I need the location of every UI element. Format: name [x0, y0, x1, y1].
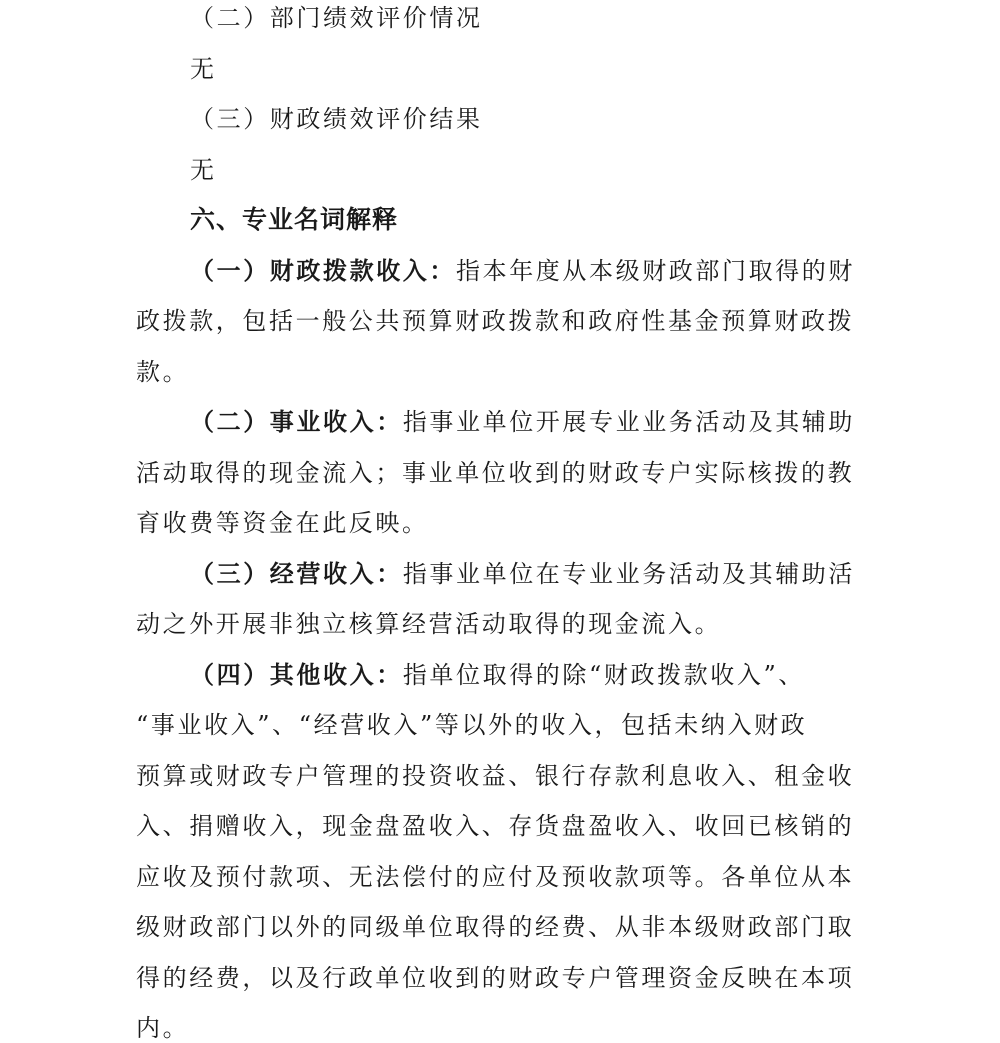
- term-text-line: 活动取得的现金流入；事业单位收到的财政专户实际核拨的教: [136, 458, 854, 488]
- term-paragraph-other-income: （四）其他收入：指单位取得的除“财政拨款收入”、: [190, 660, 805, 690]
- term-text: 指事业单位开展专业业务活动及其辅助: [403, 408, 855, 436]
- term-text: 指本年度从本级财政部门取得的财: [456, 257, 855, 285]
- section-body-dept-eval: 无: [190, 54, 217, 84]
- term-label: （四）其他收入：: [190, 660, 403, 689]
- term-text-line: “事业收入”、“经营收入”等以外的收入，包括未纳入财政: [136, 710, 807, 740]
- term-label: （一）财政拨款收入：: [190, 256, 456, 285]
- term-paragraph-business-income: （二）事业收入：指事业单位开展专业业务活动及其辅助: [190, 407, 855, 437]
- term-paragraph-operating-income: （三）经营收入：指事业单位在专业业务活动及其辅助活: [190, 559, 855, 589]
- term-paragraph-fiscal-appropriation: （一）财政拨款收入：指本年度从本级财政部门取得的财: [190, 256, 855, 286]
- section-title-fiscal-eval: （三）财政绩效评价结果: [190, 104, 483, 134]
- chapter-title: 六、专业名词解释: [190, 205, 398, 235]
- document-page: （二）部门绩效评价情况 无 （三）财政绩效评价结果 无 六、专业名词解释 （一）…: [0, 0, 1000, 1043]
- term-text: 指事业单位在专业业务活动及其辅助活: [403, 560, 855, 588]
- term-label: （二）事业收入：: [190, 407, 403, 436]
- term-text-line: 政拨款，包括一般公共预算财政拨款和政府性基金预算财政拨: [136, 306, 854, 336]
- section-body-fiscal-eval: 无: [190, 155, 217, 185]
- term-text-line: 款。: [136, 357, 189, 387]
- term-text-line: 得的经费，以及行政单位收到的财政专户管理资金反映在本项: [136, 963, 854, 993]
- section-title-dept-eval: （二）部门绩效评价情况: [190, 3, 483, 33]
- term-text-line: 级财政部门以外的同级单位取得的经费、从非本级财政部门取: [136, 912, 854, 942]
- term-text-line: 应收及预付款项、无法偿付的应付及预收款项等。各单位从本: [136, 862, 854, 892]
- term-text-line: 动之外开展非独立核算经营活动取得的现金流入。: [136, 609, 721, 639]
- term-text-line: 入、捐赠收入，现金盘盈收入、存货盘盈收入、收回已核销的: [136, 811, 854, 841]
- term-text: 指单位取得的除“财政拨款收入”、: [403, 661, 805, 689]
- term-label: （三）经营收入：: [190, 559, 403, 588]
- term-text-line: 内。: [136, 1013, 189, 1043]
- term-text-line: 预算或财政专户管理的投资收益、银行存款利息收入、租金收: [136, 761, 854, 791]
- term-text-line: 育收费等资金在此反映。: [136, 508, 429, 538]
